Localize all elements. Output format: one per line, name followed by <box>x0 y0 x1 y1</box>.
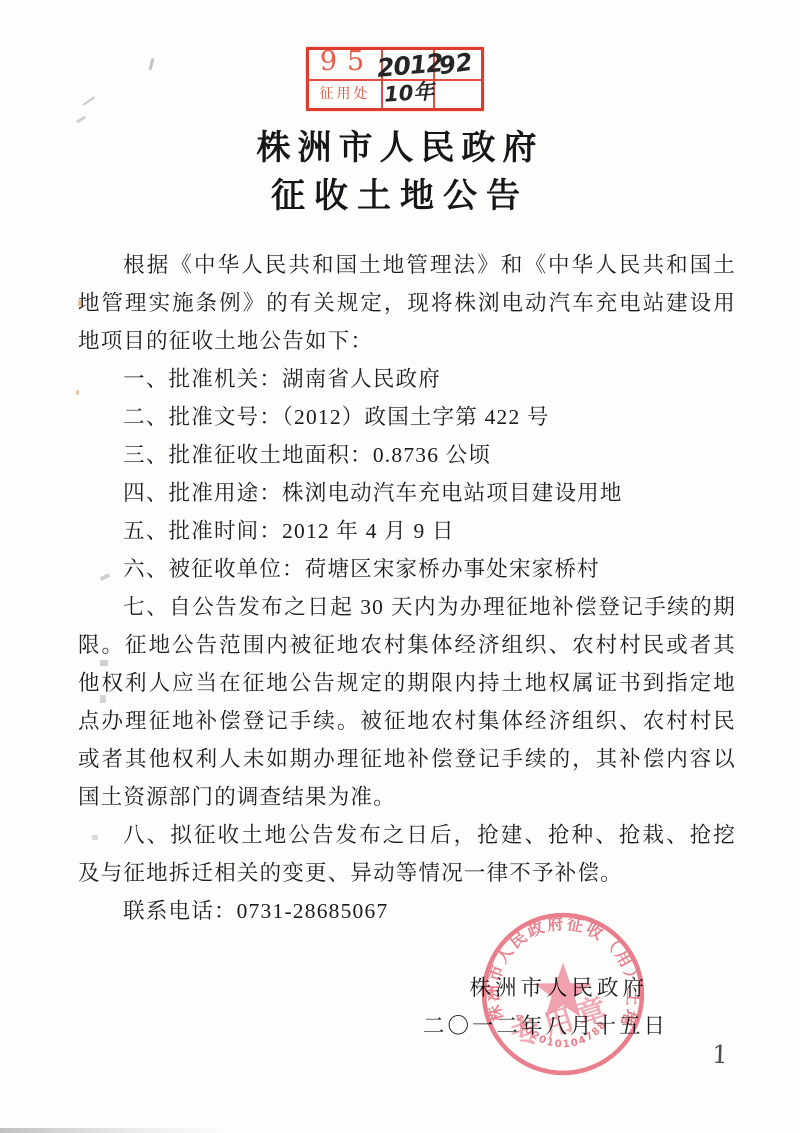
pen-mark <box>148 58 154 70</box>
scanned-document-page: 95 征用处 2012 92 10年 株洲市人民政府 征收土地公告 根据《中华人… <box>0 0 800 1133</box>
item-approval-organ: 一、批准机关：湖南省人民政府 <box>78 360 736 398</box>
item-registration-terms: 七、自公告发布之日起 30 天内为办理征地补偿登记手续的期限。征地公告范围内被征… <box>78 588 736 816</box>
stamp-office-label: 征用处 <box>311 83 379 103</box>
document-body: 根据《中华人民共和国土地管理法》和《中华人民共和国土地管理实施条例》的有关规定，… <box>78 246 736 930</box>
handwritten-number: 92 <box>437 48 474 80</box>
item-land-area: 三、批准征收土地面积：0.8736 公顷 <box>78 436 736 474</box>
item-approval-date: 五、批准时间：2012 年 4 月 9 日 <box>78 512 736 550</box>
paragraph-intro: 根据《中华人民共和国土地管理法》和《中华人民共和国土地管理实施条例》的有关规定，… <box>78 246 736 360</box>
item-no-compensation: 八、拟征收土地公告发布之日后，抢建、抢种、抢栽、抢挖及与征地拆迁相关的变更、异动… <box>78 816 736 892</box>
document-title-issuer: 株洲市人民政府 <box>0 120 800 169</box>
registry-stamp-box: 95 征用处 2012 92 10年 <box>306 47 484 111</box>
item-expropriated-unit: 六、被征收单位：荷塘区宋家桥办事处宋家桥村 <box>78 550 736 588</box>
document-title-subject: 征收土地公告 <box>0 168 800 217</box>
item-approved-use: 四、批准用途：株浏电动汽车充电站项目建设用地 <box>78 474 736 512</box>
item-approval-number: 二、批准文号：（2012）政国土字第 422 号 <box>78 398 736 436</box>
stamp-printed-number: 95 <box>317 46 377 77</box>
handwritten-duration: 10年 <box>383 75 435 108</box>
official-red-seal: 株洲市人民政府征收（用）土地 专用章 4302010104788 <box>477 908 649 1080</box>
pen-mark <box>83 96 96 106</box>
page-number: 1 <box>711 1040 728 1070</box>
scan-edge-shadow <box>0 1128 230 1133</box>
